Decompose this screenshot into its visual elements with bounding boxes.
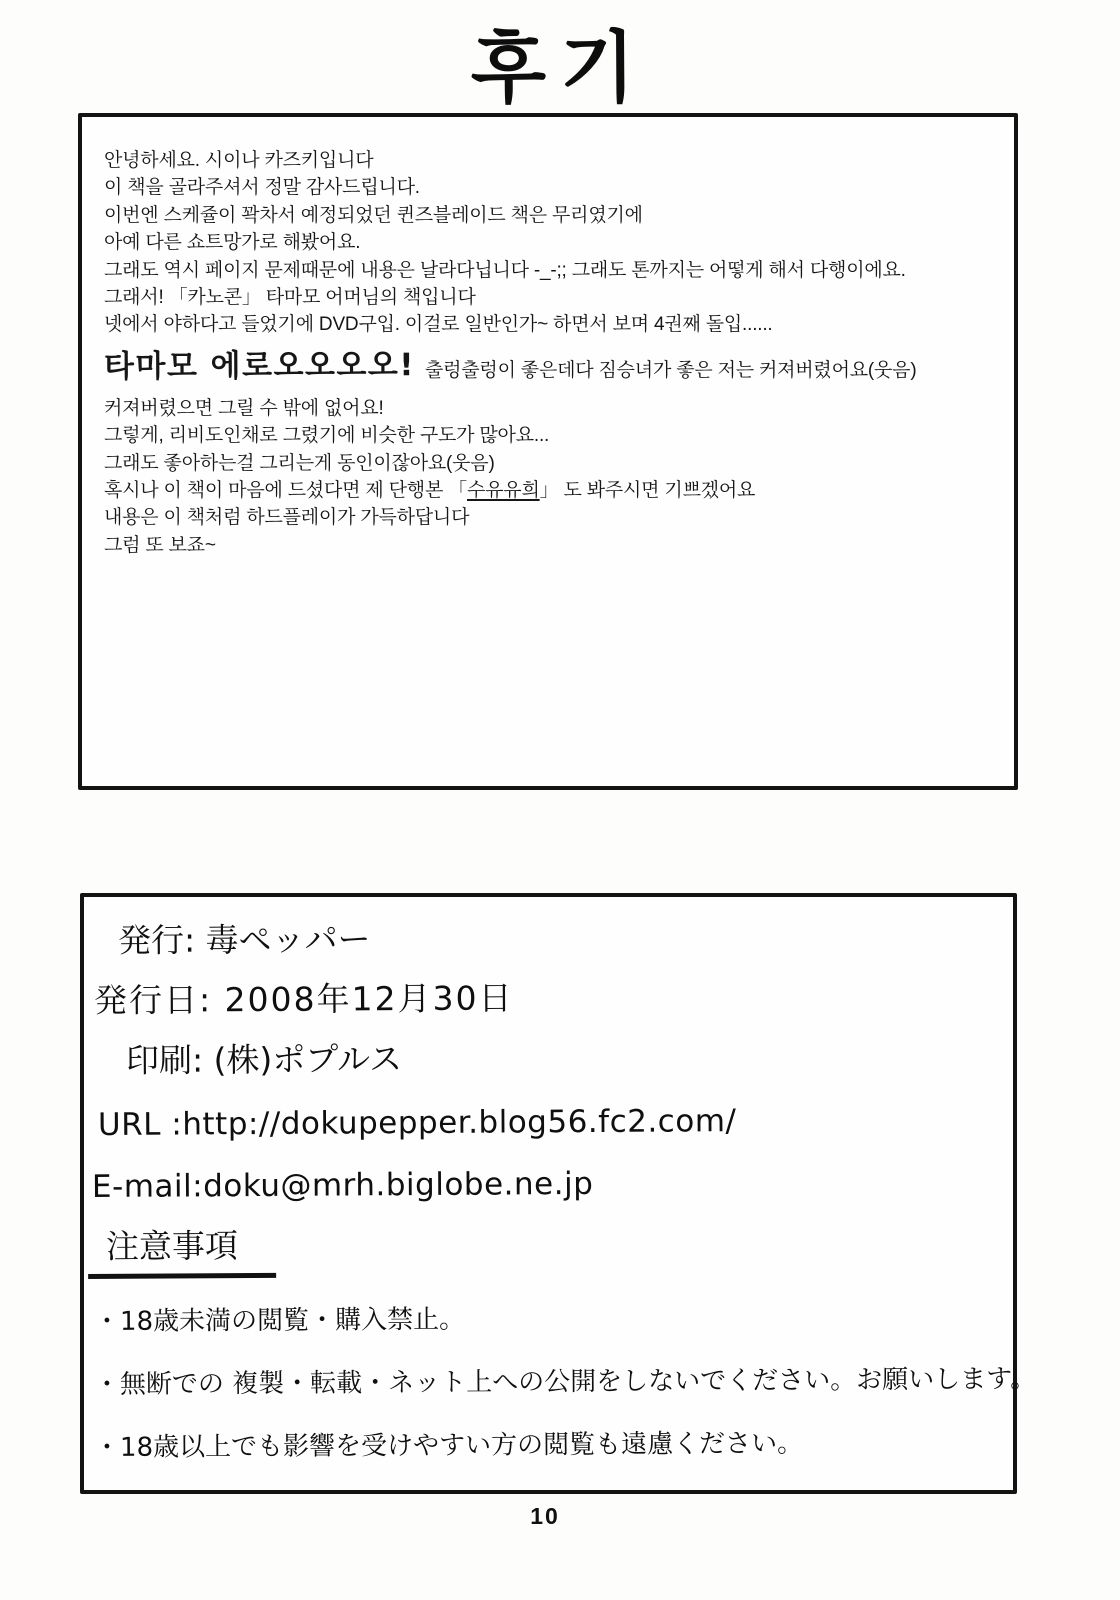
colophon-box: 発行: 毒ペッパー 発行日: 2008年12月30日 印刷: (株)ポプルス U… [80, 893, 1017, 1494]
colophon-content: 発行: 毒ペッパー 発行日: 2008年12月30日 印刷: (株)ポプルス U… [84, 897, 1013, 1468]
page-number: 10 [0, 1503, 1090, 1530]
colophon-url: URL :http://dokupepper.blog56.fc2.com/ [98, 1099, 1005, 1145]
plug-book-title: 수유유희 [467, 480, 540, 501]
notice-item: ・無断での 複製・転載・ネット上への公開をしないでください。お願いします。 [94, 1359, 1005, 1405]
colophon-publish-date: 発行日: 2008年12月30日 [94, 975, 1005, 1021]
afterword-line: 아예 다른 쇼트망가로 해봤어요. [104, 229, 996, 256]
afterword-headline-rest: 출렁출렁이 좋은데다 짐승녀가 좋은 저는 커져버렸어요(웃음) [425, 360, 917, 381]
colophon-email: E-mail:doku@mrh.biglobe.ne.jp [92, 1161, 1005, 1207]
afterword-line: 그래서! 「카노콘」 타마모 어머님의 책입니다 [104, 284, 996, 311]
plug-post: 」 도 봐주시면 기쁘겠어요 [540, 480, 756, 501]
afterword-plug-line: 혹시나 이 책이 마음에 드셨다면 제 단행본 「수유유희」 도 봐주시면 기쁘… [104, 477, 996, 504]
afterword-line: 넷에서 야하다고 들었기에 DVD구입. 이걸로 일반인가~ 하면서 보며 4권… [104, 311, 996, 338]
afterword-line: 그래도 좋아하는걸 그리는게 동인이잖아요(웃음) [104, 450, 996, 477]
afterword-line: 이 책을 골라주셔서 정말 감사드립니다. [104, 174, 996, 201]
afterword-line: 내용은 이 책처럼 하드플레이가 가득하답니다 [104, 504, 996, 531]
afterword-content: 안녕하세요. 시이나 카즈키입니다 이 책을 골라주셔서 정말 감사드립니다. … [82, 117, 1014, 559]
afterword-line: 이번엔 스케쥴이 꽉차서 예정되었던 퀸즈블레이드 책은 무리였기에 [104, 202, 996, 229]
colophon-publisher: 発行: 毒ペッパー [118, 916, 1005, 961]
afterword-headline: 타마모 에로오오오오!출렁출렁이 좋은데다 짐승녀가 좋은 저는 커져버렸어요(… [104, 347, 996, 390]
colophon-notice-heading-row: 注意事項 [88, 1221, 1005, 1279]
plug-pre: 혹시나 이 책이 마음에 드셨다면 제 단행본 「 [104, 480, 467, 501]
afterword-line: 커져버렸으면 그릴 수 밖에 없어요! [104, 395, 996, 422]
afterword-line: 그럼 또 보죠~ [104, 532, 996, 559]
afterword-box: 안녕하세요. 시이나 카즈키입니다 이 책을 골라주셔서 정말 감사드립니다. … [78, 113, 1018, 790]
afterword-line: 그래도 역시 페이지 문제때문에 내용은 날라다닙니다 -_-;; 그래도 톤까… [104, 257, 996, 284]
afterword-line: 안녕하세요. 시이나 카즈키입니다 [104, 147, 996, 174]
notice-item: ・18歳以上でも影響を受けやすい方の閲覧も遠慮ください。 [94, 1422, 1005, 1468]
afterword-line: 그렇게, 리비도인채로 그렸기에 비슷한 구도가 많아요... [104, 422, 996, 449]
colophon-printer: 印刷: (株)ポプルス [126, 1036, 1005, 1081]
page-title: 후기 [0, 2, 1120, 122]
afterword-headline-big: 타마모 에로오오오오! [104, 346, 415, 386]
notice-item: ・18歳未満の閲覧・購入禁止。 [94, 1296, 1005, 1342]
notice-heading: 注意事項 [88, 1226, 276, 1279]
